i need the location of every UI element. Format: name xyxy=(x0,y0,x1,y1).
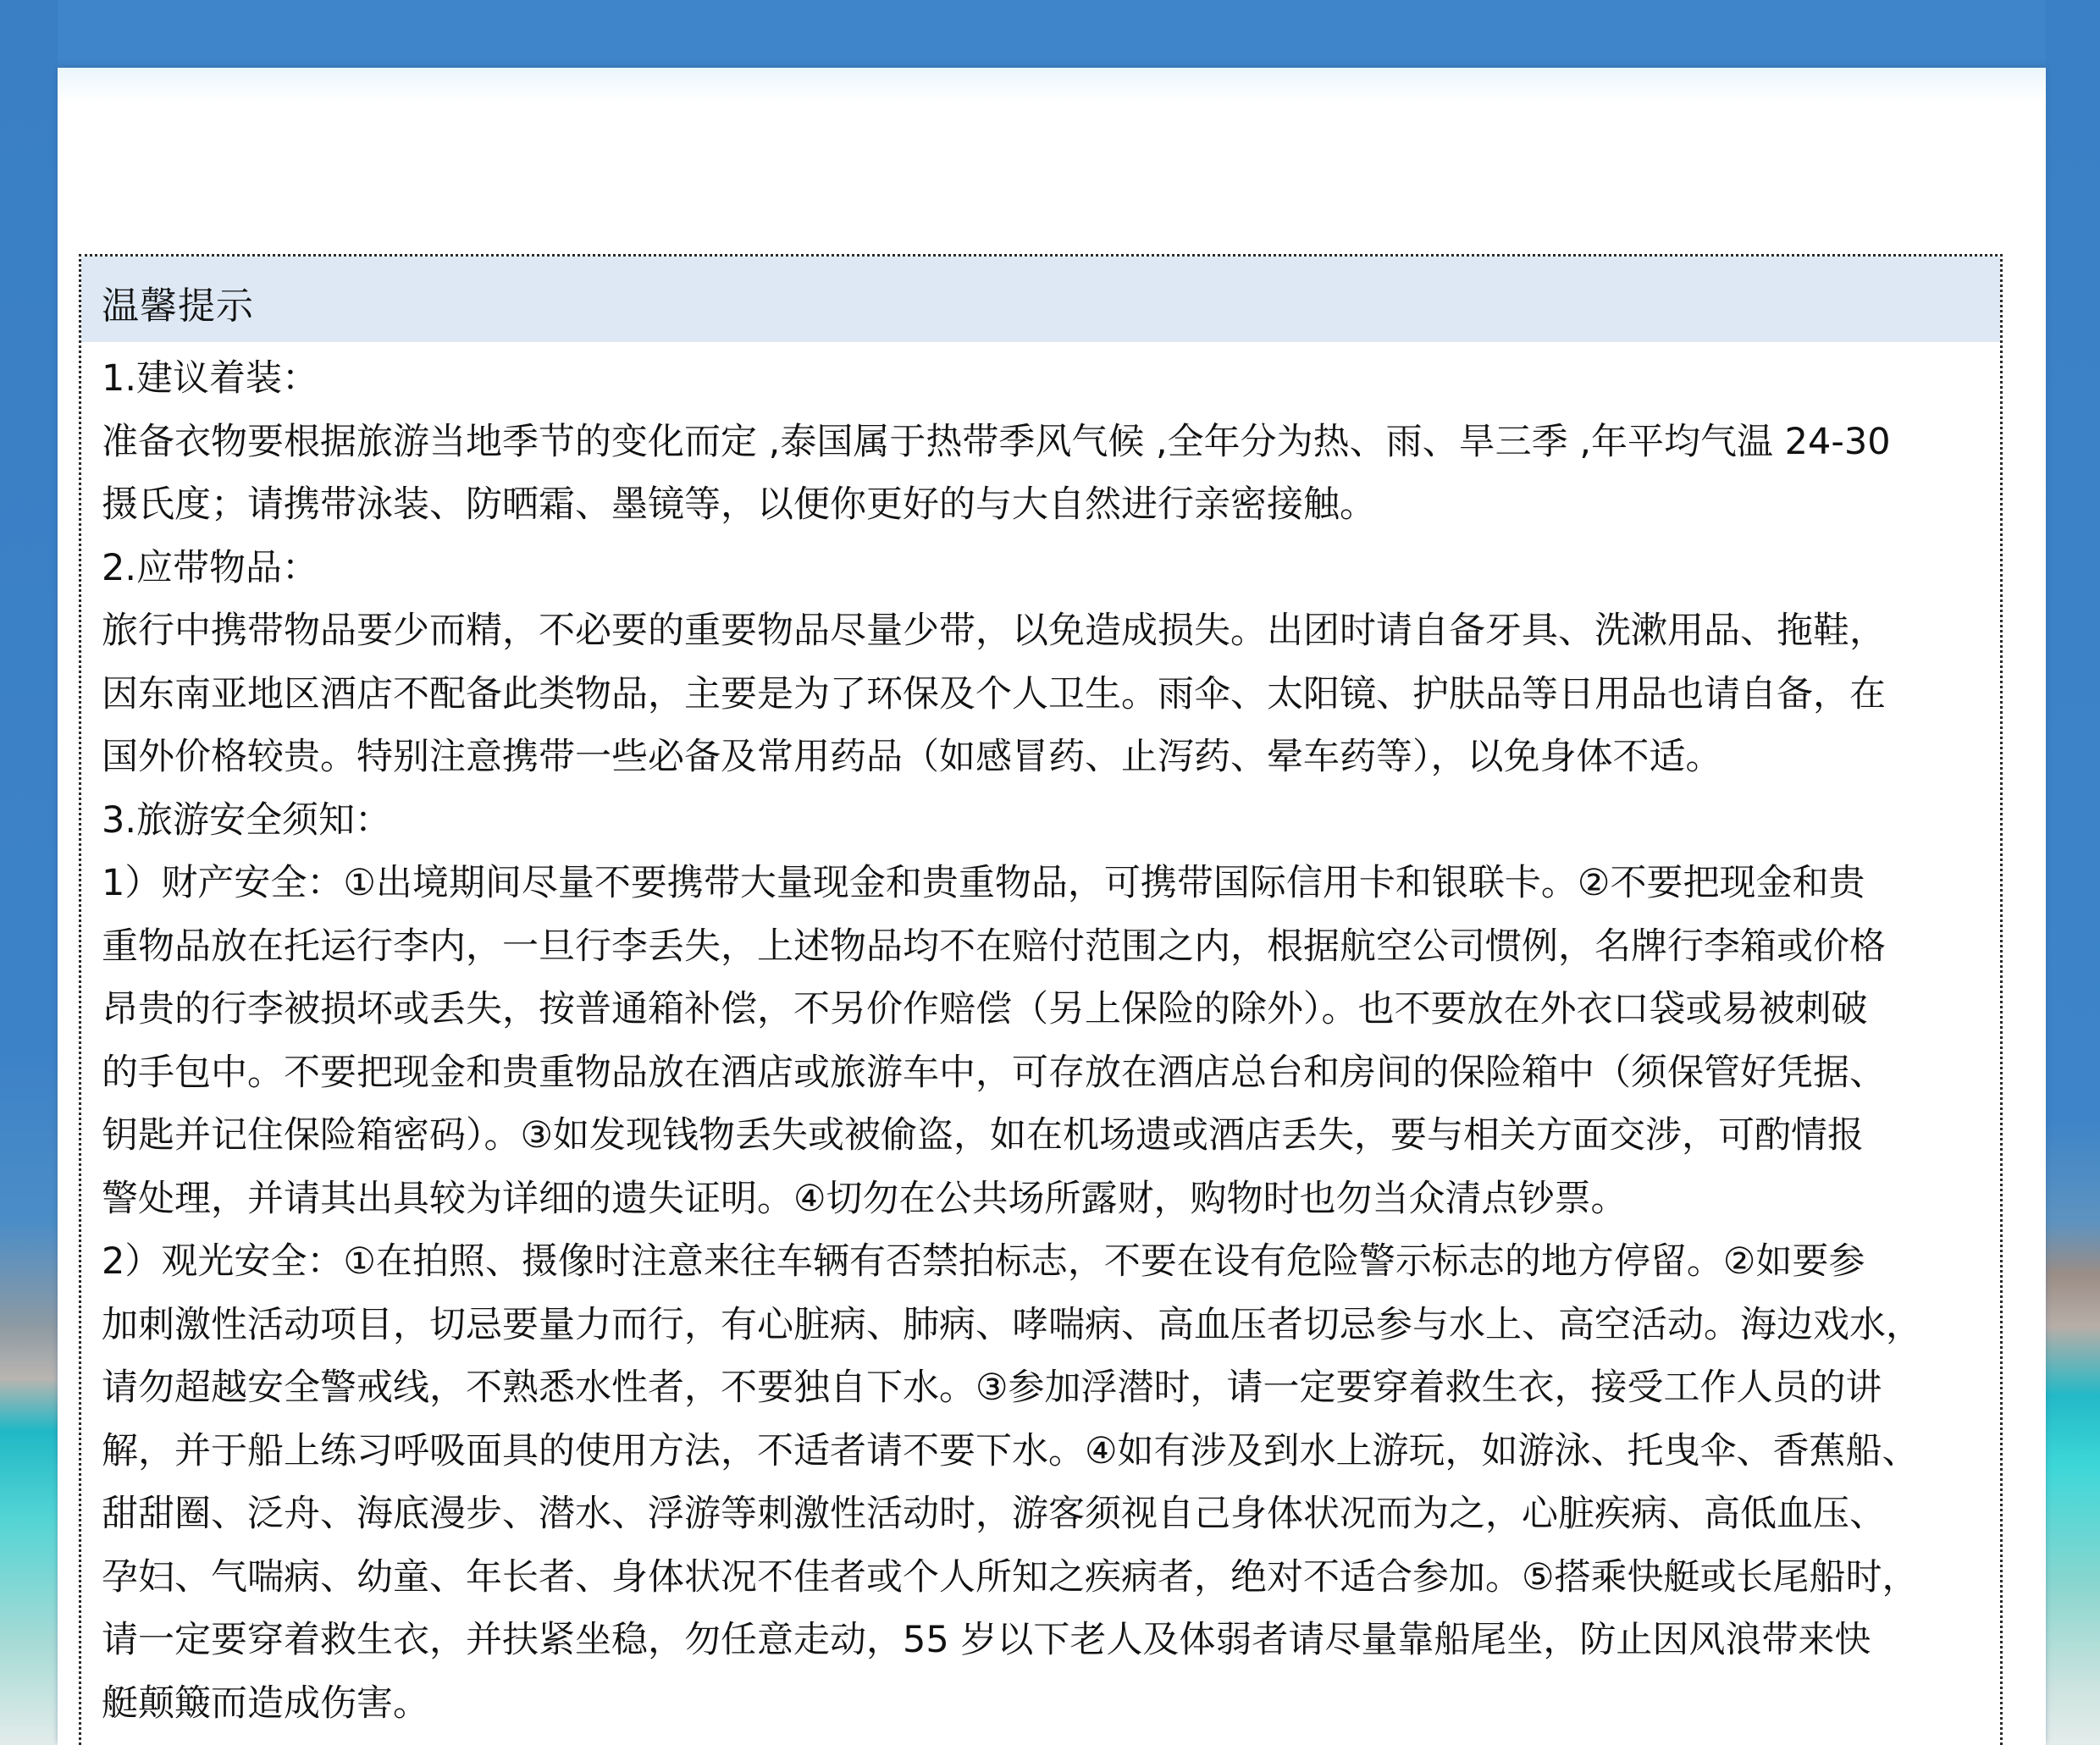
text-line: 艇颠簸而造成伤害。 xyxy=(102,1672,1983,1736)
tips-box: 温馨提示 1.建议着装： 准备衣物要根据旅游当地季节的变化而定 ,泰国属于热带季… xyxy=(79,254,2003,1745)
text-line: 的手包中。不要把现金和贵重物品放在酒店或旅游车中，可存放在酒店总台和房间的保险箱… xyxy=(102,1041,1983,1105)
tips-header: 温馨提示 xyxy=(81,257,2000,342)
tips-body: 1.建议着装： 准备衣物要根据旅游当地季节的变化而定 ,泰国属于热带季风气候 ,… xyxy=(81,342,2000,1735)
text-line: 国外价格较贵。特别注意携带一些必备及常用药品（如感冒药、止泻药、晕车药等），以免… xyxy=(102,726,1983,789)
section-heading-items: 2.应带物品： xyxy=(102,537,1983,600)
section-heading-clothing: 1.建议着装： xyxy=(102,347,1983,411)
text-line: 钥匙并记住保险箱密码）。③如发现钱物丢失或被偷盗，如在机场遗或酒店丢失，要与相关… xyxy=(102,1104,1983,1168)
text-line: 摄氏度；请携带泳装、防晒霜、墨镜等，以便你更好的与大自然进行亲密接触。 xyxy=(102,473,1983,537)
text-line: 解，并于船上练习呼吸面具的使用方法，不适者请不要下水。④如有涉及到水上游玩，如游… xyxy=(102,1420,1983,1483)
tips-title: 温馨提示 xyxy=(102,270,254,329)
text-line: 准备衣物要根据旅游当地季节的变化而定 ,泰国属于热带季风气候 ,全年分为热、雨、… xyxy=(102,411,1983,474)
text-line: 昂贵的行李被损坏或丢失，按普通箱补偿，不另价作赔偿（另上保险的除外）。也不要放在… xyxy=(102,978,1983,1041)
text-line: 2）观光安全：①在拍照、摄像时注意来往车辆有否禁拍标志，不要在设有危险警示标志的… xyxy=(102,1230,1983,1294)
document-page: 温馨提示 1.建议着装： 准备衣物要根据旅游当地季节的变化而定 ,泰国属于热带季… xyxy=(58,68,2046,1745)
text-line: 请勿超越安全警戒线，不熟悉水性者，不要独自下水。③参加浮潜时，请一定要穿着救生衣… xyxy=(102,1356,1983,1420)
text-line: 甜甜圈、泛舟、海底漫步、潜水、浮游等刺激性活动时，游客须视自己身体状况而为之，心… xyxy=(102,1483,1983,1546)
text-line: 1）财产安全：①出境期间尽量不要携带大量现金和贵重物品，可携带国际信用卡和银联卡… xyxy=(102,852,1983,915)
background-left-edge xyxy=(0,0,58,1745)
section-heading-safety: 3.旅游安全须知： xyxy=(102,789,1983,853)
text-line: 孕妇、气喘病、幼童、年长者、身体状况不佳者或个人所知之疾病者，绝对不适合参加。⑤… xyxy=(102,1546,1983,1610)
text-line: 请一定要穿着救生衣，并扶紧坐稳，勿任意走动，55 岁以下老人及体弱者请尽量靠船尾… xyxy=(102,1609,1983,1672)
background-right-edge xyxy=(2046,0,2100,1745)
text-line: 警处理，并请其出具较为详细的遗失证明。④切勿在公共场所露财，购物时也勿当众清点钞… xyxy=(102,1168,1983,1231)
text-line: 因东南亚地区酒店不配备此类物品，主要是为了环保及个人卫生。雨伞、太阳镜、护肤品等… xyxy=(102,663,1983,726)
text-line: 旅行中携带物品要少而精，不必要的重要物品尽量少带，以免造成损失。出团时请自备牙具… xyxy=(102,599,1983,663)
text-line: 重物品放在托运行李内，一旦行李丢失，上述物品均不在赔付范围之内，根据航空公司惯例… xyxy=(102,915,1983,979)
text-line: 加刺激性活动项目，切忌要量力而行，有心脏病、肺病、哮喘病、高血压者切忌参与水上、… xyxy=(102,1294,1983,1357)
